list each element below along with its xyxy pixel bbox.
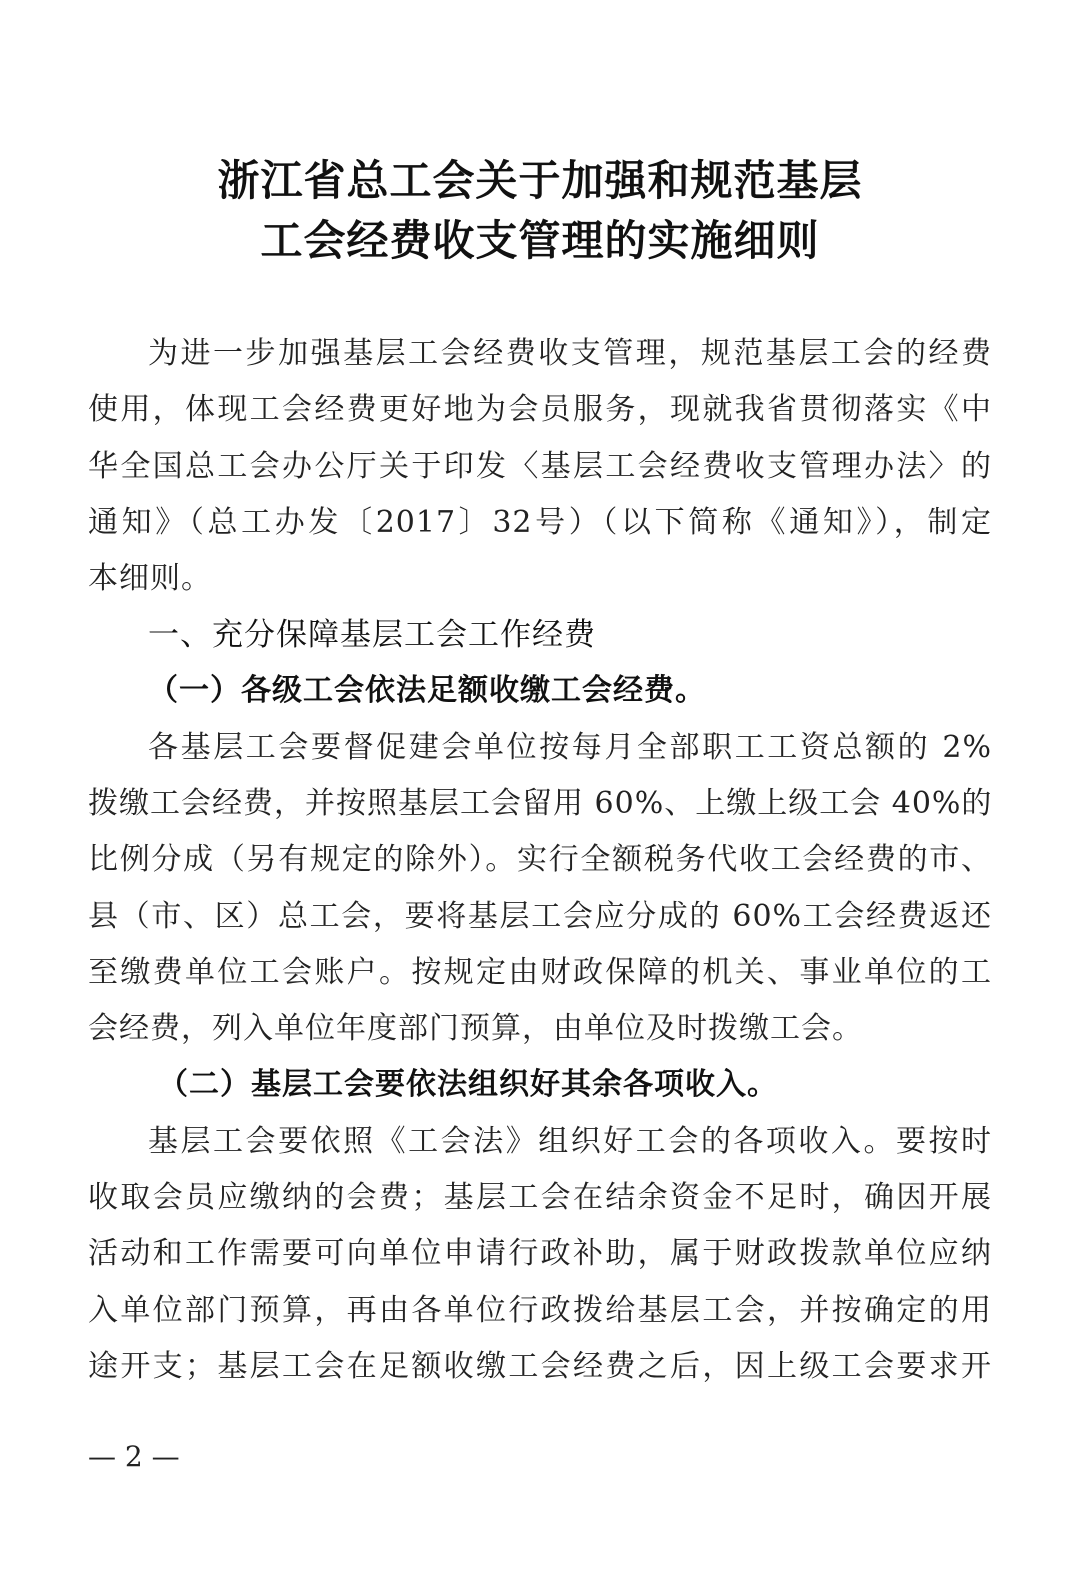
- subsection-heading: （一）各级工会依法足额收缴工会经费。: [148, 665, 992, 709]
- section-heading: 一、充分保障基层工会工作经费: [148, 609, 992, 654]
- subsection-heading: （二）基层工会要依法组织好其余各项收入。: [158, 1059, 1002, 1103]
- body-line: 比例分成（另有规定的除外）。实行全额税务代收工会经费的市、: [88, 834, 992, 878]
- body-line: 各基层工会要督促建会单位按每月全部职工工资总额的 2%: [148, 722, 992, 766]
- document-title-line-1: 浙江省总工会关于加强和规范基层: [0, 148, 1080, 208]
- body-line: 至缴费单位工会账户。按规定由财政保障的机关、事业单位的工: [88, 947, 992, 991]
- body-line: 拨缴工会经费，并按照基层工会留用 60%、上缴上级工会 40%的: [88, 778, 992, 822]
- body-line: 活动和工作需要可向单位申请行政补助，属于财政拨款单位应纳: [88, 1228, 992, 1272]
- body-line: 途开支；基层工会在足额收缴工会经费之后，因上级工会要求开: [88, 1341, 992, 1385]
- document-title-line-2: 工会经费收支管理的实施细则: [0, 208, 1080, 268]
- intro-line: 为进一步加强基层工会经费收支管理，规范基层工会的经费: [148, 328, 992, 372]
- intro-line: 通知》（总工办发〔2017〕32号）（以下简称《通知》），制定: [88, 497, 992, 541]
- page-number: — 2 —: [88, 1440, 180, 1473]
- body-line: 基层工会要依照《工会法》组织好工会的各项收入。要按时: [148, 1116, 992, 1160]
- body-line: 入单位部门预算，再由各单位行政拨给基层工会，并按确定的用: [88, 1285, 992, 1329]
- body-line: 收取会员应缴纳的会费；基层工会在结余资金不足时，确因开展: [88, 1172, 992, 1216]
- intro-line: 使用，体现工会经费更好地为会员服务，现就我省贯彻落实《中: [88, 384, 992, 428]
- intro-line: 本细则。: [88, 553, 992, 597]
- document-page: 浙江省总工会关于加强和规范基层 工会经费收支管理的实施细则 为进一步加强基层工会…: [0, 0, 1080, 1574]
- body-line: 县（市、区）总工会，要将基层工会应分成的 60%工会经费返还: [88, 891, 992, 935]
- body-line: 会经费，列入单位年度部门预算，由单位及时拨缴工会。: [88, 1003, 992, 1047]
- intro-line: 华全国总工会办公厅关于印发〈基层工会经费收支管理办法〉的: [88, 441, 992, 485]
